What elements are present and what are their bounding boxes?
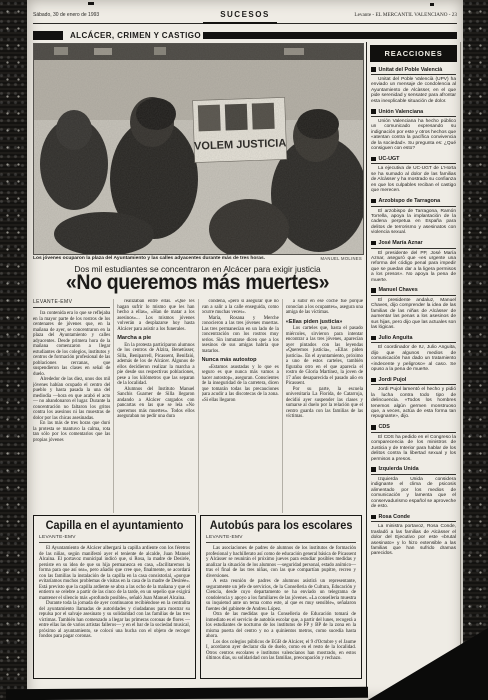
reaction-title-row: Jordi Pujol bbox=[371, 377, 456, 386]
reaction-item: Arzobispo de TarragonaEl arzobispo de Ta… bbox=[367, 198, 460, 236]
reaction-name: Julio Anguita bbox=[379, 335, 413, 341]
scan-speck bbox=[430, 3, 434, 6]
reaction-item: Unión ValencianaUnión Valenciana ha hech… bbox=[367, 109, 460, 152]
article-paragraph: «Estamos asustadas y lo que es seguro es… bbox=[202, 365, 279, 404]
reaction-text: Jordi Pujol lamentó el hecho y pidió la … bbox=[371, 387, 456, 419]
article-paragraph: realizaban entre ellas. «Que les hagan s… bbox=[117, 299, 194, 332]
box-article-autobus: Autobús para los escolares LEVANTE-EMV L… bbox=[200, 515, 362, 679]
article-paragraph: condena, «pero sí asegurar que no van a … bbox=[202, 299, 279, 316]
newspaper-scan-page: Sábado, 30 de enero de 1993 SUCESOS Leva… bbox=[0, 0, 488, 700]
newspaper-page: Sábado, 30 de enero de 1993 SUCESOS Leva… bbox=[27, 0, 463, 700]
bullet-square-icon bbox=[371, 241, 376, 246]
scan-speck bbox=[88, 2, 94, 5]
crowd-photo-graphic: VOLEM JUSTICIA bbox=[34, 44, 363, 254]
photo-caption: Los jóvenes ocuparon la plaza del Ayunta… bbox=[33, 256, 265, 261]
reaction-name: Manuel Chaves bbox=[379, 287, 418, 293]
box-title: Capilla en el ayuntamiento bbox=[43, 520, 186, 532]
reactions-sidebar: REACCIONES Unitat del Poble ValenciàUnit… bbox=[366, 42, 461, 690]
kicker-bar bbox=[203, 32, 457, 39]
box-title: Autobús para los escolares bbox=[210, 520, 353, 532]
article-paragraph: María, Rosana y Merche conocieron a las … bbox=[202, 316, 279, 355]
reaction-text: Unitat del Poble Valencià (UPV) ha envia… bbox=[371, 77, 456, 104]
reaction-text: La ministra portavoz, Rosa Conde, trasla… bbox=[371, 524, 456, 556]
reaction-title-row: Unitat del Poble Valencià bbox=[371, 67, 456, 76]
article-columns: LEVANTE-EMVIra contenida era lo que se r… bbox=[33, 299, 363, 513]
reaction-text: El CDS ha pedido en el Congreso la compa… bbox=[371, 435, 456, 462]
kicker-badge bbox=[33, 31, 63, 40]
scan-artifact-bar bbox=[6, 687, 368, 700]
reaction-name: Unión Valenciana bbox=[379, 109, 424, 115]
crowd-photo: VOLEM JUSTICIA bbox=[33, 43, 364, 255]
scan-edge-right bbox=[462, 0, 488, 700]
reaction-name: Jordi Pujol bbox=[379, 377, 407, 383]
reaction-item: Jordi PujolJordi Pujol lamentó el hecho … bbox=[367, 377, 460, 420]
reaction-item: Manuel ChavesEl presidente andaluz, Manu… bbox=[367, 287, 460, 330]
article-paragraph: Alumnos del Instituto Manuel Sanchis Gua… bbox=[117, 387, 194, 420]
scan-edge-left bbox=[0, 0, 27, 700]
bullet-square-icon bbox=[371, 109, 376, 114]
reaction-name: CDS bbox=[379, 424, 390, 430]
box-body: Las asociaciones de padres de alumnos de… bbox=[206, 546, 356, 662]
bullet-square-icon bbox=[371, 199, 376, 204]
article-paragraph: En las más de tres horas que duró la pro… bbox=[33, 421, 110, 443]
column-subhead: Nunca más autostop bbox=[202, 357, 279, 363]
article-paragraph: Por su parte, la escuela universitaria L… bbox=[286, 387, 363, 420]
reactions-list: Unitat del Poble ValenciàUnitat del Pobl… bbox=[367, 67, 460, 557]
column-subhead: «Ellas piden justicia» bbox=[286, 319, 363, 325]
reaction-title-row: CDS bbox=[371, 424, 456, 433]
box-body: El Ayuntamiento de Alcácer albergará la … bbox=[39, 546, 190, 640]
reaction-title-row: Izquierda Unida bbox=[371, 466, 456, 475]
reaction-text: El presidente del PP, José María Aznar, … bbox=[371, 251, 456, 283]
reaction-title-row: Rosa Conde bbox=[371, 514, 456, 523]
article-paragraph: En la protesta participaron alumnos de l… bbox=[117, 343, 194, 387]
byline: LEVANTE-EMV bbox=[206, 535, 356, 543]
article-column-2: realizaban entre ellas. «Que les hagan s… bbox=[117, 299, 198, 513]
reaction-name: Rosa Conde bbox=[379, 514, 410, 520]
reaction-item: UC-UGTLa ejecutiva de UC-UGT de L'Horta … bbox=[367, 156, 460, 194]
reaction-name: Unitat del Poble Valencià bbox=[379, 67, 443, 73]
column-subhead: Marcha a pie bbox=[117, 335, 194, 341]
reaction-item: José María AznarEl presidente del PP, Jo… bbox=[367, 240, 460, 283]
reaction-title-row: Arzobispo de Tarragona bbox=[371, 198, 456, 207]
reactions-header: REACCIONES bbox=[370, 45, 457, 62]
reaction-text: Izquierda Unida considera indignante el … bbox=[371, 477, 456, 509]
box-paragraph: El Ayuntamiento de Alcácer albergará la … bbox=[39, 546, 190, 601]
kicker-label: ALCÁCER, CRIMEN Y CASTIGO bbox=[70, 31, 201, 40]
section-underline bbox=[203, 22, 277, 25]
reaction-text: La ejecutiva de UC-UGT de L'Horta se ha … bbox=[371, 166, 456, 193]
article-paragraph: Alrededor de las diez, unos dos mil jóve… bbox=[33, 377, 110, 421]
reaction-item: Julio AnguitaEl coordinador de IU, Julio… bbox=[367, 335, 460, 373]
reaction-item: Unitat del Poble ValenciàUnitat del Pobl… bbox=[367, 67, 460, 105]
bullet-square-icon bbox=[371, 425, 376, 430]
article-column-3: condena, «pero sí asegurar que no van a … bbox=[202, 299, 283, 513]
bullet-square-icon bbox=[371, 467, 376, 472]
byline: LEVANTE-EMV bbox=[33, 299, 110, 308]
box-article-capilla: Capilla en el ayuntamiento LEVANTE-EMV E… bbox=[33, 515, 196, 679]
reaction-title-row: José María Aznar bbox=[371, 240, 456, 249]
reaction-item: Rosa CondeLa ministra portavoz, Rosa Con… bbox=[367, 514, 460, 557]
article-paragraph: Ira contenida era lo que se reflejaba en… bbox=[33, 311, 110, 377]
photo-credit: MANUEL MOLINES bbox=[320, 256, 362, 261]
reaction-title-row: Julio Anguita bbox=[371, 335, 456, 344]
reaction-text: El coordinador de IU, Julio Anguita, dij… bbox=[371, 345, 456, 372]
byline: LEVANTE-EMV bbox=[39, 535, 190, 543]
bullet-square-icon bbox=[371, 157, 376, 162]
reaction-text: Unión Valenciana ha hecho público un com… bbox=[371, 119, 456, 151]
article-paragraph: Los carteles que, hasta el pasado miérco… bbox=[286, 326, 363, 387]
reaction-text: El presidente andaluz, Manuel Chaves, di… bbox=[371, 298, 456, 330]
masthead-page-number: Levante - EL MERCANTIL VALENCIANO - 23 bbox=[354, 12, 457, 18]
reaction-text: El arzobispo de Tarragona, Ramón Torrell… bbox=[371, 209, 456, 236]
bullet-square-icon bbox=[371, 336, 376, 341]
box-paragraph: A esta reunión de padres de alumnos asis… bbox=[206, 579, 356, 612]
box-paragraph: Los dos colegios públicos de EGB de Alcá… bbox=[206, 640, 356, 662]
photo-caption-row: Los jóvenes ocuparon la plaza del Ayunta… bbox=[33, 256, 362, 261]
reaction-name: UC-UGT bbox=[379, 156, 400, 162]
bullet-square-icon bbox=[371, 67, 376, 72]
article-paragraph: a subir en ese coche fue porque conocían… bbox=[286, 299, 363, 316]
bullet-square-icon bbox=[371, 515, 376, 520]
box-paragraph: Durante toda la jornada de ayer continua… bbox=[39, 601, 190, 640]
reaction-name: José María Aznar bbox=[379, 240, 423, 246]
box-paragraph: Otra de las medidas que la Conselleria d… bbox=[206, 612, 356, 640]
article-column-4: a subir en ese coche fue porque conocían… bbox=[286, 299, 363, 513]
article-headline: «No queremos más muertes» bbox=[30, 271, 366, 295]
reaction-name: Arzobispo de Tarragona bbox=[379, 198, 441, 204]
reaction-title-row: Manuel Chaves bbox=[371, 287, 456, 296]
reaction-title-row: UC-UGT bbox=[371, 156, 456, 165]
reaction-title-row: Unión Valenciana bbox=[371, 109, 456, 118]
reaction-item: Izquierda UnidaIzquierda Unida considera… bbox=[367, 466, 460, 509]
reaction-name: Izquierda Unida bbox=[379, 466, 419, 472]
bullet-square-icon bbox=[371, 288, 376, 293]
box-paragraph: Las asociaciones de padres de alumnos de… bbox=[206, 546, 356, 579]
bullet-square-icon bbox=[371, 378, 376, 383]
reaction-item: CDSEl CDS ha pedido en el Congreso la co… bbox=[367, 424, 460, 462]
article-column-1: LEVANTE-EMVIra contenida era lo que se r… bbox=[33, 299, 114, 513]
